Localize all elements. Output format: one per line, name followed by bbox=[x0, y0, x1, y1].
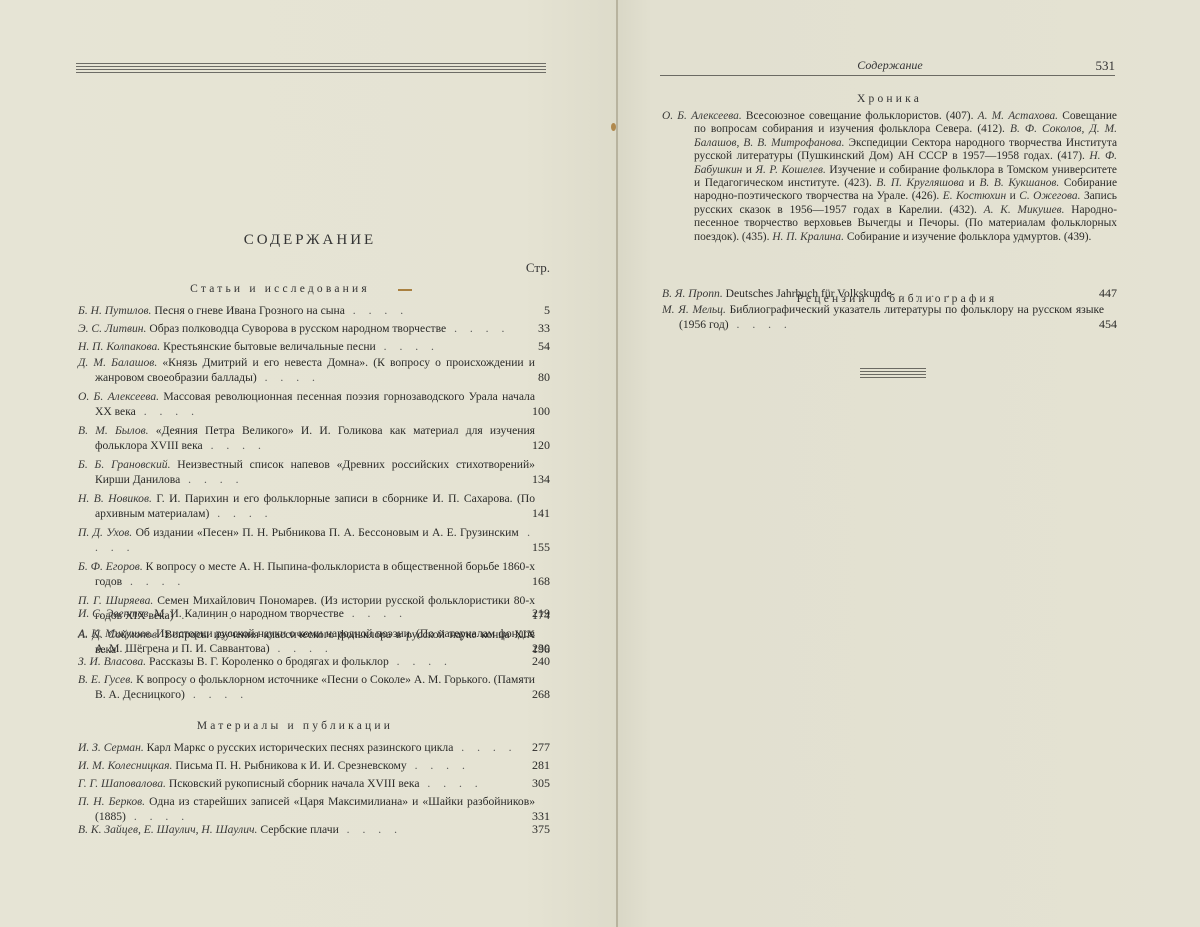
entry-page-number: 219 bbox=[532, 606, 550, 621]
toc-entry: Б. Ф. Егоров. К вопросу о месте А. Н. Пы… bbox=[78, 559, 550, 589]
toc-entry-text: И. С. Эвентов. М. И. Калинин о народном … bbox=[78, 606, 535, 621]
entry-page-number: 141 bbox=[532, 506, 550, 521]
entry-author: В. М. Былов. bbox=[78, 424, 149, 437]
entry-title: Песня о гневе Ивана Грозного на сына bbox=[151, 304, 344, 317]
chronicle-author: В. В. Кукшанов. bbox=[979, 177, 1059, 189]
chronicle-text: Всесоюзное совещание фольклористов. (407… bbox=[742, 110, 978, 122]
entry-title: Об издании «Песен» П. Н. Рыбникова П. А.… bbox=[132, 526, 519, 539]
toc-entry-text: П. Д. Ухов. Об издании «Песен» П. Н. Рыб… bbox=[78, 525, 535, 555]
chronicle-text: и bbox=[964, 177, 979, 189]
toc-entry-text: Н. В. Новиков. Г. И. Парихин и его фольк… bbox=[78, 491, 535, 521]
chronicle-author: В. П. Кругляшова bbox=[876, 177, 964, 189]
entry-title: Рассказы В. Г. Короленко о бродягах и фо… bbox=[146, 655, 389, 668]
entry-page-number: 134 bbox=[532, 472, 550, 487]
toc-entry: И. М. Колесницкая. Письма П. Н. Рыбников… bbox=[78, 758, 550, 773]
dot-leader: . . . . bbox=[892, 287, 955, 300]
toc-entry-text: В. К. Зайцев, Е. Шаулич, Н. Шаулич. Серб… bbox=[78, 822, 535, 837]
toc-entry-text: М. Я. Мельц. Библиографический указатель… bbox=[662, 302, 1104, 332]
entry-title: Псковский рукописный сборник начала XVII… bbox=[166, 777, 420, 790]
toc-entry-text: Б. Ф. Егоров. К вопросу о месте А. Н. Пы… bbox=[78, 559, 535, 589]
dot-leader: . . . . bbox=[257, 371, 320, 384]
toc-entry-text: П. Н. Берков. Одна из старейших записей … bbox=[78, 794, 535, 824]
running-head-rule bbox=[660, 75, 1115, 76]
entry-page-number: 54 bbox=[538, 339, 550, 354]
entry-page-number: 5 bbox=[544, 303, 550, 318]
entry-author: Б. Б. Грановский. bbox=[78, 458, 170, 471]
chronicle-author: Е. Костюхин bbox=[943, 190, 1006, 202]
toc-entry-text: О. Б. Алексеева. Массовая революционная … bbox=[78, 389, 535, 419]
entry-page-number: 33 bbox=[538, 321, 550, 336]
entry-page-number: 168 bbox=[532, 574, 550, 589]
dot-leader: . . . . bbox=[136, 405, 199, 418]
entry-title: Крестьянские бытовые величальные песни bbox=[160, 340, 376, 353]
entry-title: Образ полководца Суворова в русском наро… bbox=[146, 322, 446, 335]
dot-leader: . . . . bbox=[407, 759, 470, 772]
entry-page-number: 155 bbox=[532, 540, 550, 555]
entry-author: Г. Г. Шаповалова. bbox=[78, 777, 166, 790]
entry-page-number: 305 bbox=[532, 776, 550, 791]
chronicle-text: и bbox=[1006, 190, 1019, 202]
entry-title: «Деяния Петра Великого» И. И. Голикова к… bbox=[95, 424, 535, 452]
entry-author: И. М. Колесницкая. bbox=[78, 759, 172, 772]
entry-title: Сербские плачи bbox=[257, 823, 338, 836]
toc-entry: А. К. Микушев. Из истории русской науки … bbox=[78, 626, 550, 656]
entry-page-number: 268 bbox=[532, 687, 550, 702]
chronicle-author: Н. П. Кралина. bbox=[772, 231, 844, 243]
entry-title: Письма П. Н. Рыбникова к И. И. Срезневск… bbox=[172, 759, 406, 772]
entry-page-number: 120 bbox=[532, 438, 550, 453]
chronicle-author: А. К. Микушев. bbox=[984, 204, 1065, 216]
toc-entry-text: Б. Б. Грановский. Неизвестный список нап… bbox=[78, 457, 535, 487]
entry-title: Deutsches Jahrbuch für Volkskunde bbox=[723, 287, 892, 300]
toc-entry: Э. С. Литвин. Образ полководца Суворова … bbox=[78, 321, 550, 336]
entry-title: К вопросу о фольклорном источнике «Песни… bbox=[95, 673, 535, 701]
dot-leader: . . . . bbox=[122, 575, 185, 588]
top-ornamental-rule bbox=[76, 63, 546, 75]
toc-entry: В. Я. Пропп. Deutsches Jahrbuch für Volk… bbox=[662, 286, 1117, 301]
section-heading-articles: Статьи и исследования bbox=[60, 283, 500, 295]
dot-leader: . . . . bbox=[339, 823, 402, 836]
page-column-label: Стр. bbox=[480, 260, 550, 276]
entry-page-number: 454 bbox=[1099, 317, 1117, 332]
page-title: СОДЕРЖАНИЕ bbox=[60, 232, 560, 249]
entry-author: А. К. Микушев. bbox=[78, 627, 153, 640]
toc-entry: М. Я. Мельц. Библиографический указатель… bbox=[662, 302, 1117, 332]
chronicle-text: и bbox=[742, 164, 755, 176]
toc-entry: Н. П. Колпакова. Крестьянские бытовые ве… bbox=[78, 339, 550, 354]
entry-author: Н. В. Новиков. bbox=[78, 492, 152, 505]
toc-entry-text: И. М. Колесницкая. Письма П. Н. Рыбников… bbox=[78, 758, 535, 773]
section-heading-materials: Материалы и публикации bbox=[60, 720, 530, 732]
entry-page-number: 375 bbox=[532, 822, 550, 837]
entry-title: Карл Маркс о русских исторических песнях… bbox=[144, 741, 454, 754]
dot-leader: . . . . bbox=[344, 607, 407, 620]
book-spine bbox=[616, 0, 618, 927]
dot-leader: . . . . bbox=[203, 439, 266, 452]
toc-entry: П. Н. Берков. Одна из старейших записей … bbox=[78, 794, 550, 824]
paper-stain bbox=[611, 123, 616, 131]
entry-title: М. И. Калинин о народном творчестве bbox=[151, 607, 344, 620]
toc-entry-text: Г. Г. Шаповалова. Псковский рукописный с… bbox=[78, 776, 535, 791]
entry-author: М. Я. Мельц. bbox=[662, 303, 726, 316]
entry-page-number: 281 bbox=[532, 758, 550, 773]
entry-page-number: 240 bbox=[532, 654, 550, 669]
entry-author: О. Б. Алексеева. bbox=[78, 390, 159, 403]
toc-entry: В. М. Былов. «Деяния Петра Великого» И. … bbox=[78, 423, 550, 453]
dot-leader: . . . . bbox=[389, 655, 452, 668]
toc-entry-text: А. К. Микушев. Из истории русской науки … bbox=[78, 626, 535, 656]
entry-page-number: 447 bbox=[1099, 286, 1117, 301]
entry-author: В. Е. Гусев. bbox=[78, 673, 133, 686]
chronicle-entry: О. Б. Алексеева. Всесоюзное совещание фо… bbox=[662, 110, 1117, 244]
toc-entry: З. И. Власова. Рассказы В. Г. Короленко … bbox=[78, 654, 550, 669]
toc-entry-text: Д. М. Балашов. «Князь Дмитрий и его неве… bbox=[78, 355, 535, 385]
toc-entry: И. З. Серман. Карл Маркс о русских истор… bbox=[78, 740, 550, 755]
end-ornamental-rule bbox=[860, 368, 926, 380]
ink-mark bbox=[398, 289, 412, 291]
entry-author: Б. Н. Путилов. bbox=[78, 304, 151, 317]
entry-author: Б. Ф. Егоров. bbox=[78, 560, 143, 573]
entry-author: З. И. Власова. bbox=[78, 655, 146, 668]
entry-author: П. Д. Ухов. bbox=[78, 526, 132, 539]
entry-author: Д. М. Балашов. bbox=[78, 356, 157, 369]
entry-author: И. С. Эвентов. bbox=[78, 607, 151, 620]
dot-leader: . . . . bbox=[376, 340, 439, 353]
entry-author: Э. С. Литвин. bbox=[78, 322, 146, 335]
dot-leader: . . . . bbox=[180, 473, 243, 486]
page-number: 531 bbox=[1096, 58, 1116, 74]
dot-leader: . . . . bbox=[446, 322, 509, 335]
dot-leader: . . . . bbox=[345, 304, 408, 317]
entry-page-number: 100 bbox=[532, 404, 550, 419]
toc-entry-text: В. Е. Гусев. К вопросу о фольклорном ист… bbox=[78, 672, 535, 702]
toc-entry-text: Н. П. Колпакова. Крестьянские бытовые ве… bbox=[78, 339, 535, 354]
entry-author: В. Я. Пропп. bbox=[662, 287, 723, 300]
toc-entry-text: В. Я. Пропп. Deutsches Jahrbuch für Volk… bbox=[662, 286, 1104, 301]
dot-leader: . . . . bbox=[453, 741, 516, 754]
chronicle-author: Я. Р. Кошелев. bbox=[755, 164, 825, 176]
toc-entry-text: Б. Н. Путилов. Песня о гневе Ивана Грозн… bbox=[78, 303, 535, 318]
section-heading-chronicle: Хроника bbox=[662, 93, 1117, 105]
toc-entry: О. Б. Алексеева. Массовая революционная … bbox=[78, 389, 550, 419]
chronicle-text: Собирание и изучение фольклора удмуртов.… bbox=[844, 231, 1091, 243]
chronicle-author: А. М. Астахова. bbox=[978, 110, 1058, 122]
dot-leader: . . . . bbox=[185, 688, 248, 701]
dot-leader: . . . . bbox=[420, 777, 483, 790]
toc-entry: Б. Н. Путилов. Песня о гневе Ивана Грозн… bbox=[78, 303, 550, 318]
toc-entry-text: В. М. Былов. «Деяния Петра Великого» И. … bbox=[78, 423, 535, 453]
dot-leader: . . . . bbox=[729, 318, 792, 331]
entry-author: Н. П. Колпакова. bbox=[78, 340, 160, 353]
toc-entry-text: И. З. Серман. Карл Маркс о русских истор… bbox=[78, 740, 535, 755]
toc-entry: В. Е. Гусев. К вопросу о фольклорном ист… bbox=[78, 672, 550, 702]
toc-entry: Д. М. Балашов. «Князь Дмитрий и его неве… bbox=[78, 355, 550, 385]
entry-page-number: 277 bbox=[532, 740, 550, 755]
toc-entry: И. С. Эвентов. М. И. Калинин о народном … bbox=[78, 606, 550, 621]
entry-author: И. З. Серман. bbox=[78, 741, 144, 754]
chronicle-author: С. Ожегова. bbox=[1019, 190, 1080, 202]
chronicle-author: О. Б. Алексеева. bbox=[662, 110, 742, 122]
dot-leader: . . . . bbox=[209, 507, 272, 520]
toc-entry: В. К. Зайцев, Е. Шаулич, Н. Шаулич. Серб… bbox=[78, 822, 550, 837]
toc-entry: П. Д. Ухов. Об издании «Песен» П. Н. Рыб… bbox=[78, 525, 550, 555]
running-head-title: Содержание bbox=[660, 58, 1120, 73]
toc-entry: Б. Б. Грановский. Неизвестный список нап… bbox=[78, 457, 550, 487]
toc-entry-text: З. И. Власова. Рассказы В. Г. Короленко … bbox=[78, 654, 535, 669]
toc-entry-text: Э. С. Литвин. Образ полководца Суворова … bbox=[78, 321, 535, 336]
toc-entry: Г. Г. Шаповалова. Псковский рукописный с… bbox=[78, 776, 550, 791]
toc-entry: Н. В. Новиков. Г. И. Парихин и его фольк… bbox=[78, 491, 550, 521]
entry-page-number: 80 bbox=[538, 370, 550, 385]
entry-author: П. Н. Берков. bbox=[78, 795, 145, 808]
entry-author: В. К. Зайцев, Е. Шаулич, Н. Шаулич. bbox=[78, 823, 257, 836]
entry-title: Г. И. Парихин и его фольклорные записи в… bbox=[95, 492, 535, 520]
